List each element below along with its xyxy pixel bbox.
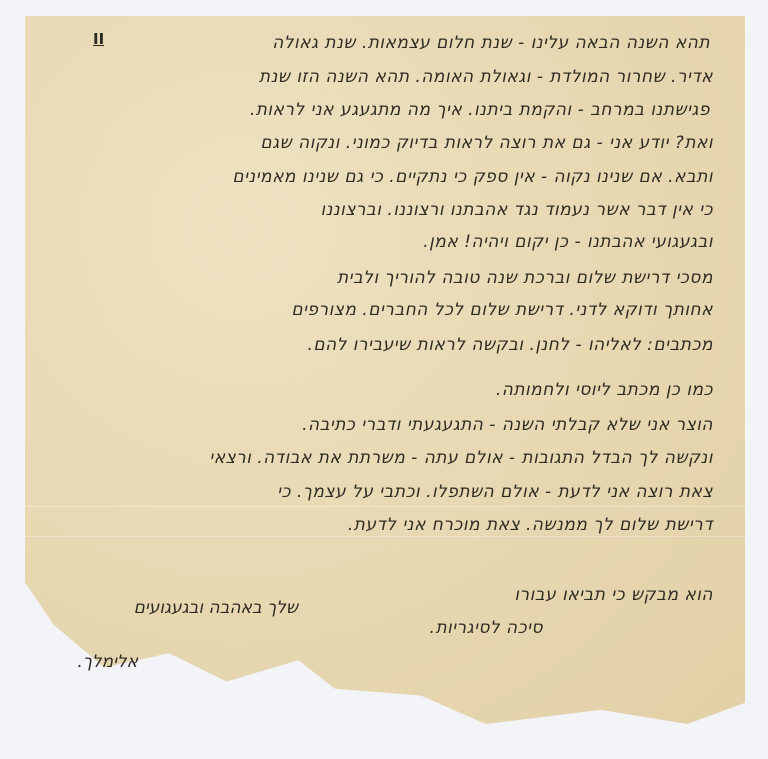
page-marker: II [93,30,104,48]
letter-line: אדיר. שחרור המולדת - וגאולת האומה. תהא ה… [259,67,713,87]
paper-crease [25,536,745,537]
letter-line: תהא השנה הבאה עלינו - שנת חלום עצמאות. ש… [272,33,710,53]
letter-line: הוא מבקש כי תביאו עבורו [514,585,713,605]
letter-line: ואת? יודע אני - גם את רוצה לראות בדיוק כ… [260,133,713,153]
letter-line: הוצר אני שלא קבלתי השנה - התגעגעתי ודברי… [302,415,713,435]
letter-line: מכתבים: לאליהו - לחנן. ובקשה לראות שיעבי… [307,335,713,355]
paper-crease [25,506,745,507]
letter-line: ונקשה לך הבדל התגובות - אולם עתה - משרתת… [209,448,713,468]
letter-line: אחותך ודוקא לדני. דרישת שלום לכל החברים.… [291,300,713,320]
letter-line: מסכי דרישת שלום וברכת שנה טובה להוריך ול… [337,268,713,288]
closing-salutation: שלך באהבה ובגעגועים [134,598,298,618]
letter-line: כמו כן מכתב ליוסי ולחמותה. [496,380,713,400]
letter-line: פגישתנו במרחב - והקמת ביתנו. איך מה מתגע… [250,100,710,120]
letter-line: כי אין דבר אשר נעמוד נגד אהבתנו ורצוננו.… [320,200,713,220]
letter-line: ותבא. אם שנינו נקוה - אין ספק כי נתקיים.… [232,167,713,187]
signature: אלימלך. [77,652,138,672]
letter-line: צאת רוצה אני לדעת - אולם השתפלו. וכתבי ע… [277,482,713,502]
letter-line: ובגעגועי אהבתנו - כן יקום ויהיה! אמן. [423,232,713,252]
letter-line: סיכה לסיגריות. [430,618,543,638]
letter-line: דרישת שלום לך ממנשה. צאת מוכרח אני לדעת. [348,515,713,535]
